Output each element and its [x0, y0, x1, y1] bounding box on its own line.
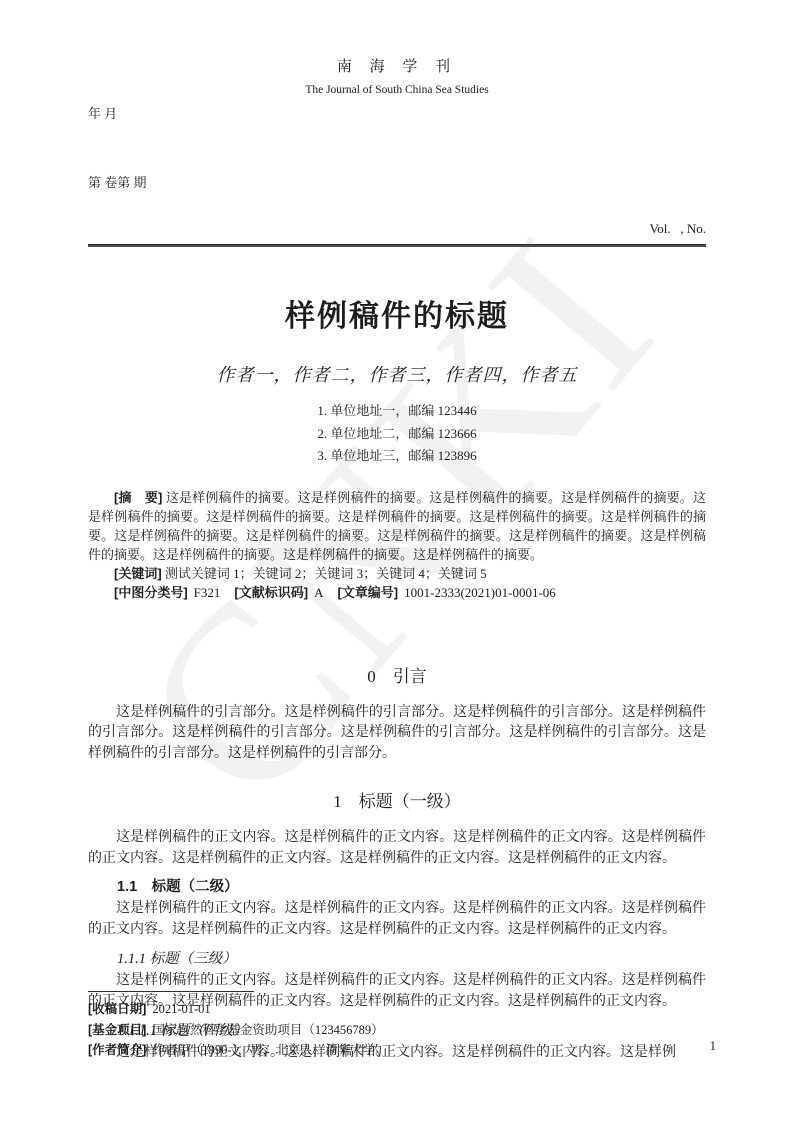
keywords: [关键词] 测试关键词 1；关键词 2；关键词 3；关键词 4；关键词 5 [88, 564, 706, 583]
clc-value: F321 [194, 585, 221, 600]
footnote-label: [收稿日期] [88, 1002, 146, 1016]
keywords-label: [关键词] [114, 566, 162, 581]
affiliation-item: 3. 单位地址三，邮编 123896 [88, 445, 706, 468]
footnote-author-bio: [作者简介]作者甲（1990-），男，北京人，清华大学。 [88, 1040, 706, 1061]
affiliations: 1. 单位地址一，邮编 123446 2. 单位地址二，邮编 123666 3.… [88, 400, 706, 468]
page-number: 1 [710, 1039, 716, 1054]
footnote-text: 2021-01-01 [152, 1002, 210, 1016]
abstract-text: 这是样例稿件的摘要。这是样例稿件的摘要。这是样例稿件的摘要。这是样例稿件的摘要。… [88, 490, 706, 562]
doc-code-label: [文献标识码] [234, 585, 308, 600]
section-heading-level3: 1.1.1 标题（三级） [88, 947, 706, 968]
footnote-block: [收稿日期]2021-01-01 [基金项目]国家自然科学基金资助项目（1234… [88, 991, 706, 1061]
section-heading-intro: 0 引言 [88, 662, 706, 687]
journal-name-cn: 南 海 学 刊 [218, 56, 576, 79]
footnote-text: 国家自然科学基金资助项目（123456789） [152, 1023, 383, 1037]
keywords-text: 测试关键词 1；关键词 2；关键词 3；关键词 4；关键词 5 [165, 566, 487, 581]
section-heading-level2: 1.1 标题（二级） [88, 875, 706, 896]
page-title: 样例稿件的标题 [88, 291, 706, 335]
footnote-rule [88, 991, 254, 992]
article-no-value: 1001-2333(2021)01-0001-06 [404, 585, 556, 600]
vol-no: Vol. , No. [576, 56, 706, 240]
footnote-text: 作者甲（1990-），男，北京人，清华大学。 [152, 1043, 387, 1057]
footnote-label: [基金项目] [88, 1023, 146, 1037]
authors-line: 作者一，作者二，作者三，作者四，作者五 [88, 361, 706, 387]
affiliation-item: 1. 单位地址一，邮编 123446 [88, 400, 706, 423]
header-rule [88, 244, 706, 247]
footnote-funding: [基金项目]国家自然科学基金资助项目（123456789） [88, 1020, 706, 1041]
journal-name: 南 海 学 刊 The Journal of South China Sea S… [218, 56, 576, 240]
clc-line: [中图分类号]F321[文献标识码]A[文章编号]1001-2333(2021)… [88, 583, 706, 602]
front-meta: [摘 要] 这是样例稿件的摘要。这是样例稿件的摘要。这是样例稿件的摘要。这是样例… [88, 488, 706, 602]
footnote-label: [作者简介] [88, 1043, 146, 1057]
body-paragraph: 这是样例稿件的正文内容。这是样例稿件的正文内容。这是样例稿件的正文内容。这是样例… [88, 828, 706, 870]
issue-volume: 第 卷第 期 [88, 171, 218, 194]
running-head: 年 月 第 卷第 期 南 海 学 刊 The Journal of South … [88, 0, 706, 247]
journal-page: CNKI 年 月 第 卷第 期 南 海 学 刊 The Journal of S… [0, 0, 794, 1123]
doc-code-value: A [314, 585, 323, 600]
journal-name-en: The Journal of South China Sea Studies [218, 79, 576, 102]
affiliation-item: 2. 单位地址二，邮编 123666 [88, 423, 706, 446]
section-heading-level1: 1 标题（一级） [88, 787, 706, 812]
abstract: [摘 要] 这是样例稿件的摘要。这是样例稿件的摘要。这是样例稿件的摘要。这是样例… [88, 488, 706, 564]
article-no-label: [文章编号] [337, 585, 398, 600]
clc-label: [中图分类号] [114, 585, 188, 600]
abstract-label: [摘 要] [114, 490, 162, 505]
body-paragraph: 这是样例稿件的引言部分。这是样例稿件的引言部分。这是样例稿件的引言部分。这是样例… [88, 703, 706, 765]
body-paragraph: 这是样例稿件的正文内容。这是样例稿件的正文内容。这是样例稿件的正文内容。这是样例… [88, 899, 706, 941]
issue-date: 年 月 [88, 102, 218, 125]
footnote-received: [收稿日期]2021-01-01 [88, 999, 706, 1020]
issue-info: 年 月 第 卷第 期 [88, 56, 218, 240]
